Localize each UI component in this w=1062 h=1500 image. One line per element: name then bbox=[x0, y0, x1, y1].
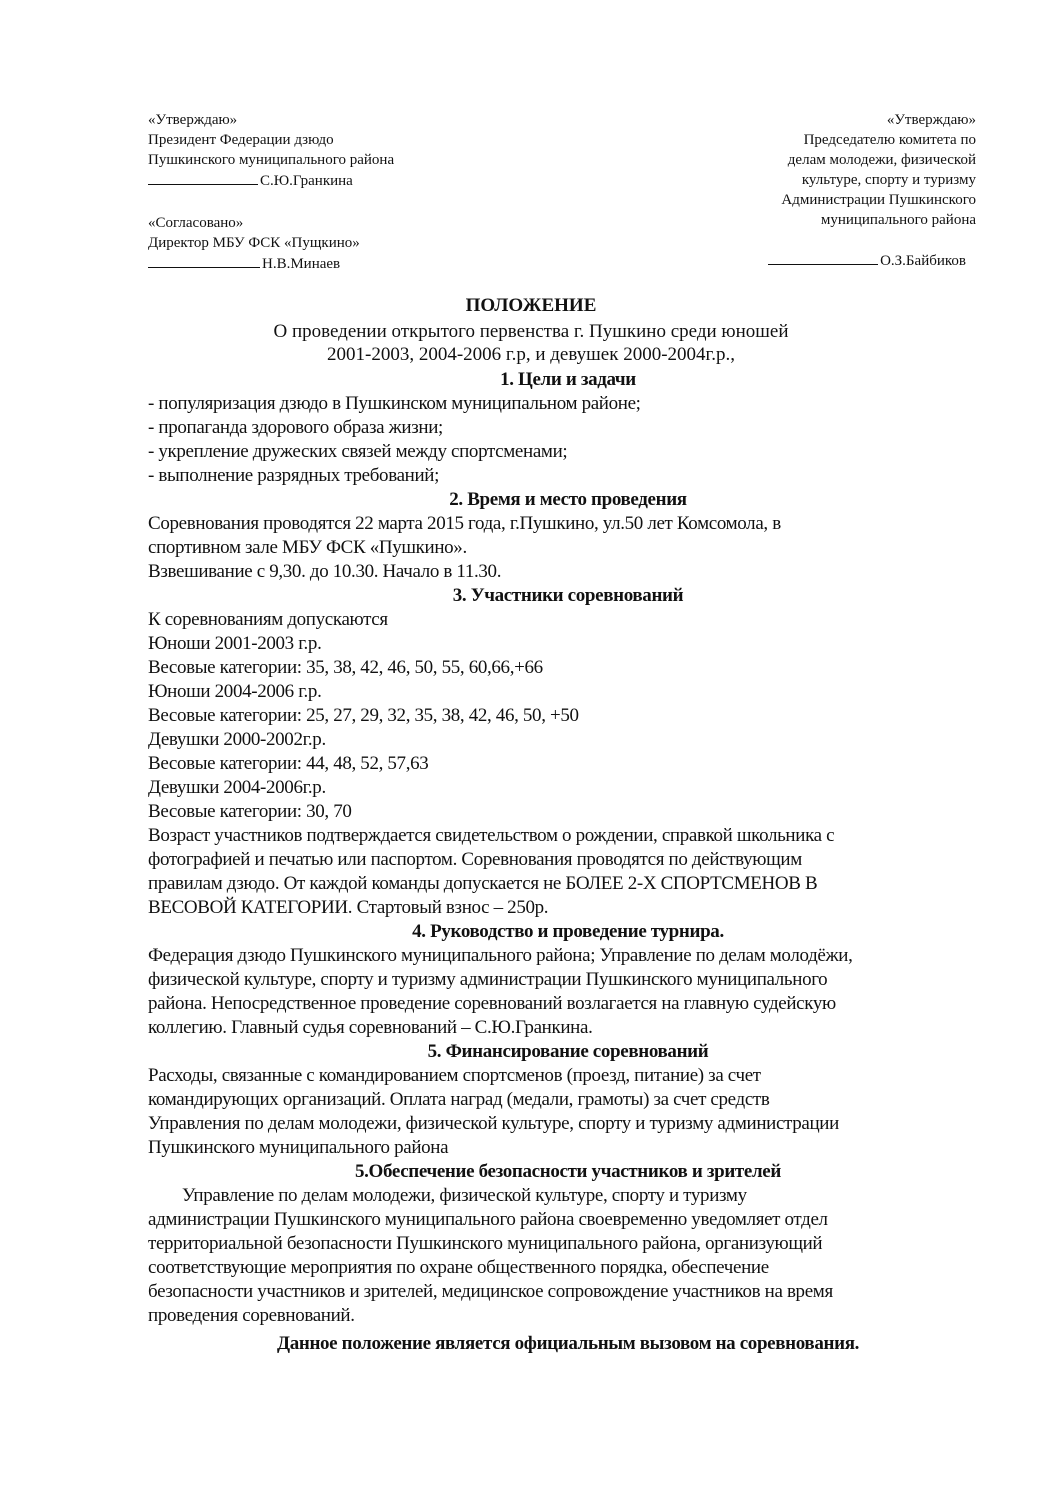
signature-row: Н.В.Минаев bbox=[148, 253, 478, 274]
section-line: правилам дзюдо. От каждой команды допуск… bbox=[148, 872, 988, 896]
section-line: Расходы, связанные с командированием спо… bbox=[148, 1064, 988, 1088]
section-line: Возраст участников подтверждается свидет… bbox=[148, 824, 988, 848]
signature-line bbox=[148, 170, 258, 185]
section-line: Юноши 2001-2003 г.р. bbox=[148, 632, 988, 656]
signature-row: С.Ю.Гранкина bbox=[148, 170, 478, 191]
approver-title: муниципального района bbox=[700, 210, 976, 230]
section-title: 2. Время и место проведения bbox=[148, 488, 988, 512]
subtitle-line: О проведении открытого первенства г. Пуш… bbox=[0, 320, 1062, 343]
signature-line bbox=[768, 250, 878, 265]
section-4: 4. Руководство и проведение турнира.Феде… bbox=[148, 920, 988, 1040]
section-line: ВЕСОВОЙ КАТЕГОРИИ. Стартовый взнос – 250… bbox=[148, 896, 988, 920]
section-line: безопасности участников и зрителей, меди… bbox=[148, 1280, 988, 1304]
closing-statement: Данное положение является официальным вы… bbox=[148, 1332, 988, 1356]
section-2: 2. Время и место проведенияСоревнования … bbox=[148, 488, 988, 584]
section-line: Девушки 2004-2006г.р. bbox=[148, 776, 988, 800]
section-title: 5.Обеспечение безопасности участников и … bbox=[148, 1160, 988, 1184]
approver-title: Пушкинского муниципального района bbox=[148, 150, 478, 170]
section-line: Весовые категории: 35, 38, 42, 46, 50, 5… bbox=[148, 656, 988, 680]
approver-title: Председателю комитета по bbox=[700, 130, 976, 150]
approval-block-right: «Утверждаю» Председателю комитета по дел… bbox=[700, 110, 976, 271]
approver-name: С.Ю.Гранкина bbox=[260, 173, 353, 189]
approver-title: Президент Федерации дзюдо bbox=[148, 130, 478, 150]
section-line: Весовые категории: 44, 48, 52, 57,63 bbox=[148, 752, 988, 776]
section-line: физической культуре, спорту и туризму ад… bbox=[148, 968, 988, 992]
agreed-label: «Согласовано» bbox=[148, 213, 478, 233]
section-line: - выполнение разрядных требований; bbox=[148, 464, 988, 488]
section-line: Девушки 2000-2002г.р. bbox=[148, 728, 988, 752]
section-line: командирующих организаций. Оплата наград… bbox=[148, 1088, 988, 1112]
section-title: 5. Финансирование соревнований bbox=[148, 1040, 988, 1064]
approved-label: «Утверждаю» bbox=[148, 110, 478, 130]
section-line: - укрепление дружеских связей между спор… bbox=[148, 440, 988, 464]
approver-title: культуре, спорту и туризму bbox=[700, 170, 976, 190]
approver-title: делам молодежи, физической bbox=[700, 150, 976, 170]
section-line: фотографией и печатью или паспортом. Сор… bbox=[148, 848, 988, 872]
section-line: Юноши 2004-2006 г.р. bbox=[148, 680, 988, 704]
approver-title: Администрации Пушкинского bbox=[700, 190, 976, 210]
document-page: «Утверждаю» Президент Федерации дзюдо Пу… bbox=[0, 0, 1062, 1500]
section-line: администрации Пушкинского муниципального… bbox=[148, 1208, 988, 1232]
approver-name: О.З.Байбиков bbox=[880, 253, 966, 269]
section-5: 5. Финансирование соревнованийРасходы, с… bbox=[148, 1040, 988, 1160]
section-6: 5.Обеспечение безопасности участников и … bbox=[148, 1160, 988, 1328]
section-line: Управление по делам молодежи, физической… bbox=[148, 1184, 988, 1208]
section-line: спортивном зале МБУ ФСК «Пушкино». bbox=[148, 536, 988, 560]
section-line: Пушкинского муниципального района bbox=[148, 1136, 988, 1160]
section-line: К соревнованиям допускаются bbox=[148, 608, 988, 632]
section-line: Управления по делам молодежи, физической… bbox=[148, 1112, 988, 1136]
section-title: 3. Участники соревнований bbox=[148, 584, 988, 608]
section-line: Весовые категории: 25, 27, 29, 32, 35, 3… bbox=[148, 704, 988, 728]
document-title: ПОЛОЖЕНИЕ bbox=[0, 294, 1062, 318]
approved-label: «Утверждаю» bbox=[700, 110, 976, 130]
section-line: - популяризация дзюдо в Пушкинском муниц… bbox=[148, 392, 988, 416]
section-line: Весовые категории: 30, 70 bbox=[148, 800, 988, 824]
section-line: коллегию. Главный судья соревнований – С… bbox=[148, 1016, 988, 1040]
section-line: района. Непосредственное проведение соре… bbox=[148, 992, 988, 1016]
signature-line bbox=[148, 253, 260, 268]
section-title: 4. Руководство и проведение турнира. bbox=[148, 920, 988, 944]
section-1: 1. Цели и задачи- популяризация дзюдо в … bbox=[148, 368, 988, 488]
signature-row: О.З.Байбиков bbox=[700, 250, 976, 271]
approval-block-left: «Утверждаю» Президент Федерации дзюдо Пу… bbox=[148, 110, 478, 274]
agreer-name: Н.В.Минаев bbox=[262, 256, 340, 272]
document-body: 1. Цели и задачи- популяризация дзюдо в … bbox=[148, 368, 988, 1356]
section-line: Взвешивание с 9,30. до 10.30. Начало в 1… bbox=[148, 560, 988, 584]
document-subtitle: О проведении открытого первенства г. Пуш… bbox=[0, 320, 1062, 366]
section-line: - пропаганда здорового образа жизни; bbox=[148, 416, 988, 440]
section-line: Соревнования проводятся 22 марта 2015 го… bbox=[148, 512, 988, 536]
section-line: проведения соревнований. bbox=[148, 1304, 988, 1328]
section-line: территориальной безопасности Пушкинского… bbox=[148, 1232, 988, 1256]
section-title: 1. Цели и задачи bbox=[148, 368, 988, 392]
section-3: 3. Участники соревнованийК соревнованиям… bbox=[148, 584, 988, 920]
section-line: соответствующие мероприятия по охране об… bbox=[148, 1256, 988, 1280]
section-line: Федерация дзюдо Пушкинского муниципально… bbox=[148, 944, 988, 968]
subtitle-line: 2001-2003, 2004-2006 г.р, и девушек 2000… bbox=[0, 343, 1062, 366]
agreer-title: Директор МБУ ФСК «Пущкино» bbox=[148, 233, 478, 253]
